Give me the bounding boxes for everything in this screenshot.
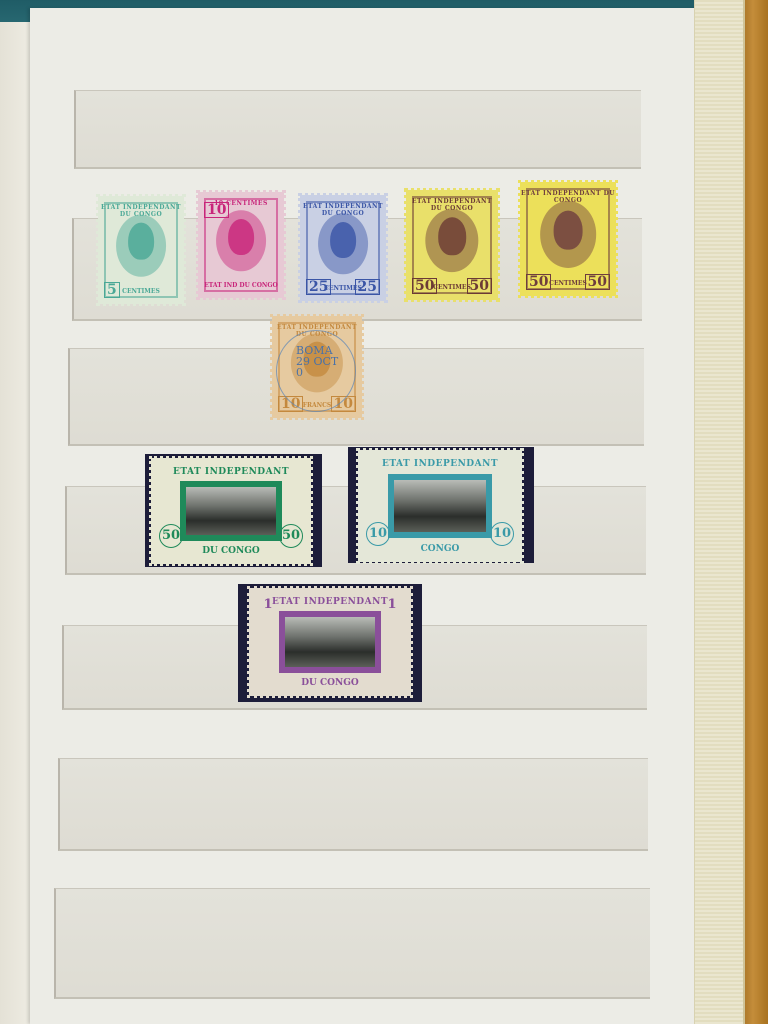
stamp-top-text: ETAT INDEPENDANT DU CONGO	[272, 324, 362, 338]
portrait-icon	[228, 219, 254, 255]
stamp-50c-green-pictorial[interactable]: ETAT INDEPENDANT 50 50 DU CONGO	[151, 458, 311, 564]
stamp-value: 10	[490, 522, 514, 546]
stamp-50c-brown-yellow-2[interactable]: ETAT INDEPENDANT DU CONGO 50 50 CENTIMES	[520, 182, 616, 296]
river-scene	[394, 480, 486, 532]
stamp-top-text: ETAT INDEPENDANT DU CONGO	[98, 204, 184, 218]
stamp-10c-magenta[interactable]: 10 CENTIMES 10 ETAT IND DU CONGO	[198, 192, 284, 298]
landscape-scene	[186, 487, 276, 536]
stamp-bottom-text: DU CONGO	[249, 678, 411, 688]
stamp-unit: CENTIMES	[406, 284, 498, 291]
stamp-value: 10	[204, 202, 229, 218]
stamp-unit: CENTIMES	[300, 285, 386, 292]
stamp-value: 1	[381, 594, 403, 616]
portrait-icon	[554, 211, 583, 250]
stamp-5c-green[interactable]: ETAT INDEPENDANT DU CONGO 5 CENTIMES	[98, 196, 184, 304]
stamp-value: 50	[159, 524, 183, 548]
glassine-strip	[54, 888, 650, 999]
stamp-1fr-violet-elephant[interactable]: ETAT INDEPENDANT 1 1 DU CONGO	[249, 588, 411, 696]
stamp-unit: ETAT IND DU CONGO	[198, 282, 284, 289]
stamp-unit: CENTIMES	[520, 280, 616, 287]
stamp-value: 50	[279, 524, 303, 548]
stamp-bottom-text: CONGO	[358, 544, 522, 554]
stamp-value: 1	[257, 594, 279, 616]
portrait-icon	[128, 223, 154, 260]
portrait-icon	[438, 217, 466, 254]
stamp-10c-blue-pictorial[interactable]: ETAT INDEPENDANT 10 10 CONGO	[358, 450, 522, 562]
stamp-top-text: ETAT INDEPENDANT	[358, 459, 522, 469]
stamp-top-text: ETAT INDEPENDANT DU CONGO	[406, 198, 498, 212]
stamp-25c-blue[interactable]: ETAT INDEPENDANT DU CONGO 25 25 CENTIMES	[300, 195, 386, 301]
glassine-strip	[58, 758, 648, 851]
stamp-bottom-text: DU CONGO	[151, 546, 311, 556]
stamp-value: 10	[366, 522, 390, 546]
elephant-scene	[285, 617, 376, 667]
stamp-top-text: ETAT INDEPENDANT DU CONGO	[520, 190, 616, 204]
stamp-top-text: ETAT INDEPENDANT	[151, 467, 311, 477]
album-spine	[694, 0, 745, 1024]
stamp-unit: FRANCS	[272, 402, 362, 409]
stamp-unit: CENTIMES	[98, 288, 184, 295]
portrait-icon	[330, 222, 356, 258]
postmark-text: BOMA 29 OCT 0	[296, 345, 346, 378]
glassine-strip	[74, 90, 641, 169]
stamp-top-text: ETAT INDEPENDANT DU CONGO	[300, 203, 386, 217]
stamp-50c-brown-yellow-1[interactable]: ETAT INDEPENDANT DU CONGO 50 50 CENTIMES	[406, 190, 498, 300]
